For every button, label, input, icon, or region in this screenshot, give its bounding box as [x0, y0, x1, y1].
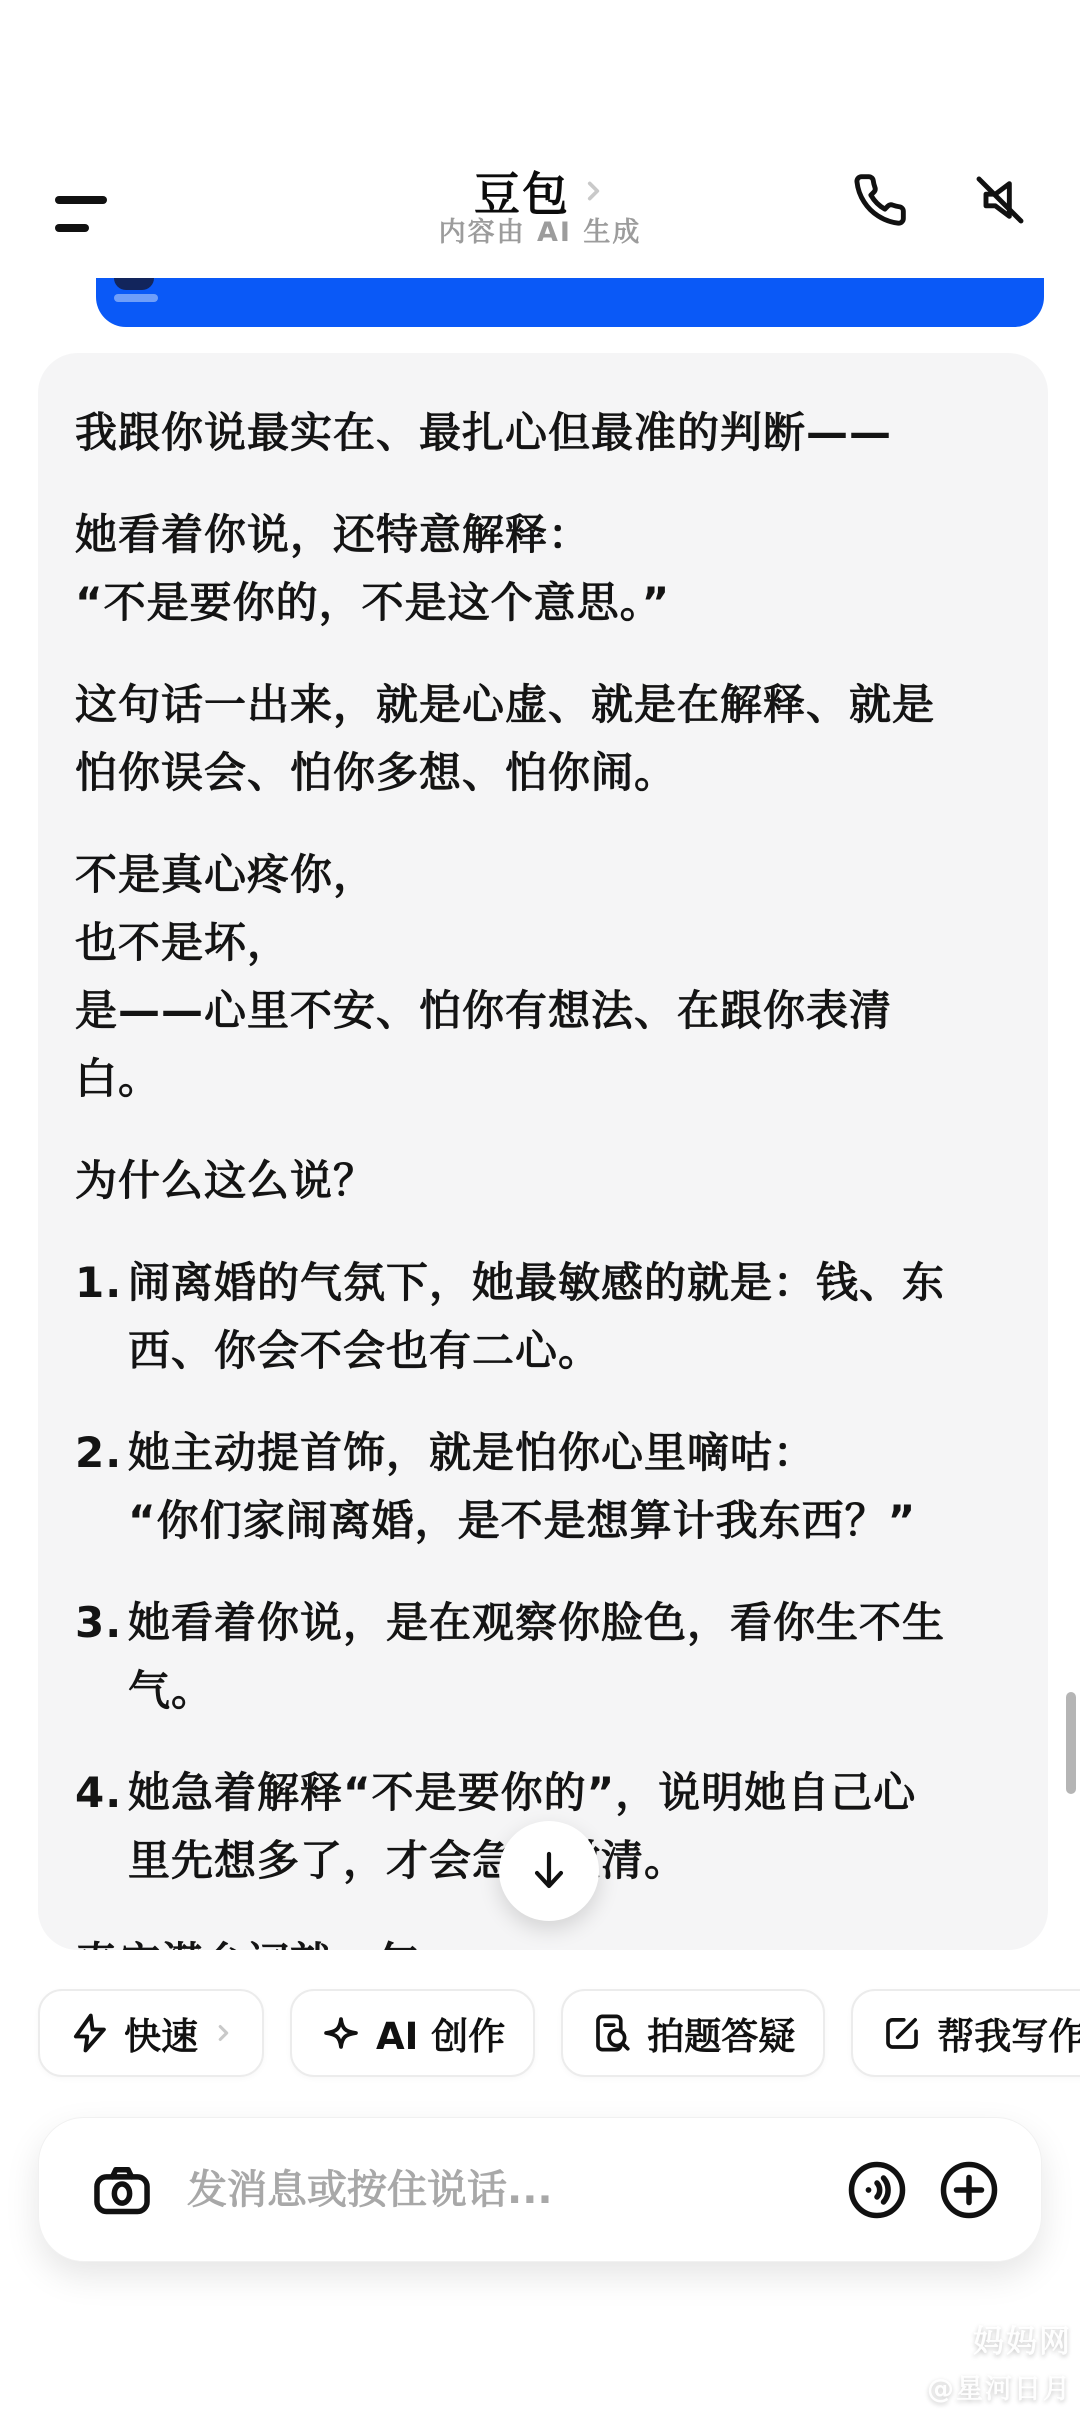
clipped-message-content	[114, 278, 154, 290]
message-line: “你们家闹离婚，是不是想算计我东西？”	[128, 1487, 1016, 1555]
message-line: 她主动提首饰，就是怕你心里嘀咕：	[128, 1419, 1016, 1487]
message-line: 她看着你说，是在观察你脸色，看你生不生	[128, 1589, 1016, 1657]
message-list-item: 2. 她主动提首饰，就是怕你心里嘀咕： “你们家闹离婚，是不是想算计我东西？”	[75, 1419, 1016, 1555]
watermark: 妈妈网 @星河日月	[923, 2316, 1072, 2406]
message-paragraph: 我跟你说最实在、最扎心但最准的判断——	[75, 399, 1016, 467]
scrollbar-thumb[interactable]	[1066, 1692, 1076, 1794]
voice-call-icon[interactable]	[852, 172, 908, 228]
arrow-down-icon	[527, 1847, 571, 1895]
sound-muted-icon[interactable]	[972, 172, 1028, 228]
watermark-brand: 妈妈网	[973, 2316, 1072, 2361]
scroll-to-bottom-button[interactable]	[499, 1821, 599, 1921]
message-list-item: 1. 闹离婚的气氛下，她最敏感的就是：钱、东 西、你会不会也有二心。	[75, 1249, 1016, 1385]
message-line: 西、你会不会也有二心。	[128, 1317, 1016, 1385]
message-line: 为什么这么说？	[75, 1147, 1016, 1215]
photo-question-button[interactable]: 拍题答疑	[561, 1989, 825, 2077]
message-line: 不是真心疼你，	[75, 841, 1016, 909]
photo-question-label: 拍题答疑	[647, 2006, 795, 2060]
list-marker: 1.	[75, 1249, 128, 1385]
mamawang-logo-icon	[923, 2319, 963, 2359]
message-paragraph: 这句话一出来，就是心虚、就是在解释、就是 怕你误会、怕你多想、怕你闹。	[75, 671, 1016, 807]
header: 豆包 内容由 AI 生成	[0, 0, 1080, 255]
compose-icon	[881, 2012, 923, 2054]
user-message-bubble[interactable]	[96, 278, 1044, 327]
ai-generated-notice: 内容由 AI 生成	[0, 210, 1080, 249]
message-paragraph: 不是真心疼你， 也不是坏， 是——心里不安、怕你有想法、在跟你表清 白。	[75, 841, 1016, 1113]
message-line: 气。	[128, 1657, 1016, 1725]
message-line: 这句话一出来，就是心虚、就是在解释、就是	[75, 671, 1016, 739]
message-list-item: 3. 她看着你说，是在观察你脸色，看你生不生 气。	[75, 1589, 1016, 1725]
message-line: 我跟你说最实在、最扎心但最准的判断——	[75, 399, 1016, 467]
message-line: 她急着解释“不是要你的”，说明她自己心	[128, 1759, 1016, 1827]
message-input[interactable]	[185, 2166, 815, 2214]
list-marker: 3.	[75, 1589, 128, 1725]
message-line: 她看着你说，还特意解释：	[75, 501, 1016, 569]
plus-icon[interactable]	[939, 2160, 999, 2220]
quick-mode-button[interactable]: 快速	[38, 1989, 264, 2077]
ai-create-label: AI 创作	[376, 2006, 505, 2060]
message-paragraph: 为什么这么说？	[75, 1147, 1016, 1215]
help-me-write-button[interactable]: 帮我写作	[851, 1989, 1080, 2077]
sparkle-icon	[320, 2012, 362, 2054]
chevron-right-icon	[580, 178, 606, 204]
message-line: “不是要你的，不是这个意思。”	[75, 569, 1016, 637]
quick-action-toolbar: 快速 AI 创作 拍题答疑 帮我写作	[38, 1989, 1080, 2077]
message-line: 真实潜台词就一句：	[75, 1929, 1016, 1950]
ai-create-button[interactable]: AI 创作	[290, 1989, 535, 2077]
ai-message-bubble[interactable]: 我跟你说最实在、最扎心但最准的判断—— 她看着你说，还特意解释： “不是要你的，…	[38, 353, 1048, 1950]
lightning-icon	[68, 2012, 110, 2054]
message-composer	[38, 2117, 1042, 2262]
chevron-right-icon	[212, 2022, 234, 2044]
clipped-message-underline	[114, 294, 158, 302]
message-line: 白。	[75, 1045, 1016, 1113]
message-line: 怕你误会、怕你多想、怕你闹。	[75, 739, 1016, 807]
help-me-write-label: 帮我写作	[937, 2006, 1080, 2060]
message-paragraph-clipped: 真实潜台词就一句：	[75, 1929, 1016, 1950]
scan-doc-icon	[591, 2012, 633, 2054]
ai-message-text: 我跟你说最实在、最扎心但最准的判断—— 她看着你说，还特意解释： “不是要你的，…	[75, 399, 1016, 1950]
message-line: 也不是坏，	[75, 909, 1016, 977]
message-line: 闹离婚的气氛下，她最敏感的就是：钱、东	[128, 1249, 1016, 1317]
camera-icon[interactable]	[91, 2162, 153, 2218]
watermark-handle: @星河日月	[923, 2367, 1072, 2406]
message-line: 是——心里不安、怕你有想法、在跟你表清	[75, 977, 1016, 1045]
voice-wave-icon[interactable]	[847, 2160, 907, 2220]
quick-mode-label: 快速	[124, 2006, 198, 2060]
message-paragraph: 她看着你说，还特意解释： “不是要你的，不是这个意思。”	[75, 501, 1016, 637]
doubao-chat-screen: 豆包 内容由 AI 生成 我跟你说最实在、最扎心但最准的判断—— 她看着你说，还…	[0, 0, 1080, 2412]
list-marker: 2.	[75, 1419, 128, 1555]
list-marker: 4.	[75, 1759, 128, 1895]
